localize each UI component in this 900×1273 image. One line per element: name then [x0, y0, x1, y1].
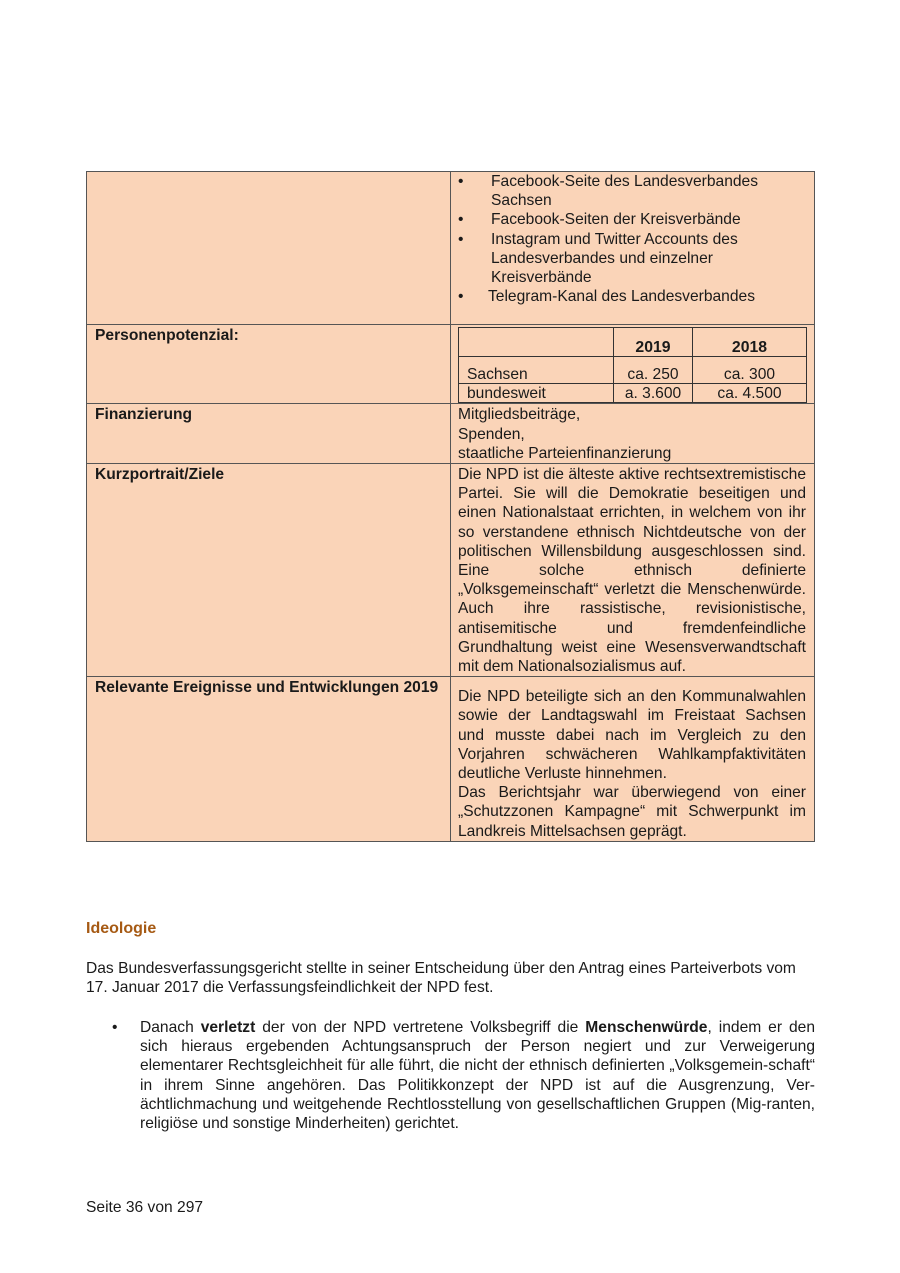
header-2018: 2018 — [693, 328, 807, 357]
header-empty — [459, 328, 614, 357]
list-item: • Facebook-Seiten der Kreisverbände — [451, 210, 814, 229]
personenpotenzial-row: Personenpotenzial: 2019 2018 Sachsen ca.… — [87, 325, 815, 404]
bullet-icon: • — [112, 1018, 117, 1037]
ideology-bullet-item: • Danach verletzt der von der NPD vertre… — [140, 1018, 815, 1133]
kurzportrait-label-cell: Kurzportrait/Ziele — [87, 464, 451, 677]
table-row: Sachsen ca. 250 ca. 300 — [459, 357, 807, 384]
finanzierung-label: Finanzierung — [87, 404, 450, 424]
finanzierung-cell: Mitgliedsbeiträge, Spenden, staatliche P… — [451, 404, 815, 464]
document-page: • Facebook-Seite des Landesverbandes Sac… — [0, 0, 900, 1273]
membership-table: 2019 2018 Sachsen ca. 250 ca. 300 bundes… — [458, 327, 807, 403]
value-2018-cell: ca. 300 — [693, 357, 807, 384]
bullet-icon: • — [458, 172, 463, 191]
finanzierung-row: Finanzierung Mitgliedsbeiträge, Spenden,… — [87, 404, 815, 464]
value-2019-cell: ca. 250 — [614, 357, 693, 384]
list-item: • Instagram und Twitter Accounts des Lan… — [451, 230, 814, 288]
value-2018-cell: ca. 4.500 — [693, 384, 807, 403]
kurzportrait-row: Kurzportrait/Ziele Die NPD ist die ältes… — [87, 464, 815, 677]
ereignisse-label: Relevante Ereignisse und Entwicklungen 2… — [87, 677, 450, 697]
ereignisse-text: Die NPD beteiligte sich an den Kommunalw… — [451, 677, 814, 841]
finanzierung-label-cell: Finanzierung — [87, 404, 451, 464]
ereignisse-cell: Die NPD beteiligte sich an den Kommunalw… — [451, 677, 815, 842]
region-cell: Sachsen — [459, 357, 614, 384]
personenpotenzial-label-cell: Personenpotenzial: — [87, 325, 451, 404]
ereignisse-row: Relevante Ereignisse und Entwicklungen 2… — [87, 677, 815, 842]
finanzierung-text: Mitgliedsbeiträge, Spenden, staatliche P… — [451, 404, 814, 463]
value-2019-cell: a. 3.600 — [614, 384, 693, 403]
kurzportrait-label: Kurzportrait/Ziele — [87, 464, 450, 484]
header-2019: 2019 — [614, 328, 693, 357]
table-row: bundesweit a. 3.600 ca. 4.500 — [459, 384, 807, 403]
intro-paragraph: Das Bundesverfassungsgericht stellte in … — [86, 959, 815, 997]
bullet-icon: • — [458, 287, 463, 306]
bullet-icon: • — [458, 230, 463, 249]
bullet-icon: • — [458, 210, 463, 229]
social-media-list: • Facebook-Seite des Landesverbandes Sac… — [451, 172, 814, 324]
personenpotenzial-cell: 2019 2018 Sachsen ca. 250 ca. 300 bundes… — [451, 325, 815, 404]
ereignisse-label-cell: Relevante Ereignisse und Entwicklungen 2… — [87, 677, 451, 842]
personenpotenzial-label: Personenpotenzial: — [87, 325, 450, 345]
social-media-row: • Facebook-Seite des Landesverbandes Sac… — [87, 172, 815, 325]
section-heading-ideologie: Ideologie — [86, 920, 156, 938]
region-cell: bundesweit — [459, 384, 614, 403]
social-media-cell: • Facebook-Seite des Landesverbandes Sac… — [451, 172, 815, 325]
membership-header-row: 2019 2018 — [459, 328, 807, 357]
kurzportrait-text: Die NPD ist die älteste aktive rechtsext… — [451, 464, 814, 676]
party-profile-table: • Facebook-Seite des Landesverbandes Sac… — [86, 171, 815, 842]
list-item: • Telegram-Kanal des Landesverbandes — [451, 287, 814, 306]
kurzportrait-cell: Die NPD ist die älteste aktive rechtsext… — [451, 464, 815, 677]
list-item: • Facebook-Seite des Landesverbandes Sac… — [451, 172, 814, 210]
page-number: Seite 36 von 297 — [86, 1199, 203, 1217]
social-media-label-cell — [87, 172, 451, 325]
